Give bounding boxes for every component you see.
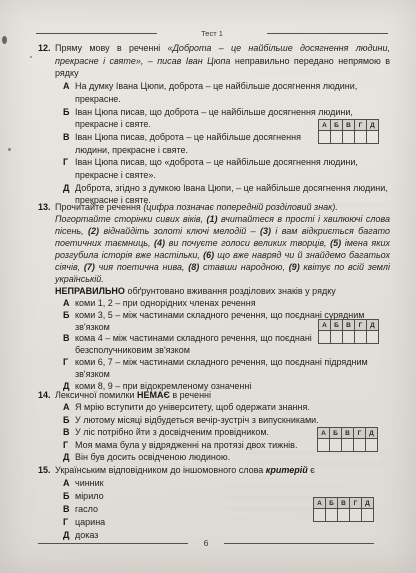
grid-letter: Г xyxy=(354,428,366,439)
option-a: АЯ мрію вступити до університету, щоб од… xyxy=(63,401,390,413)
option-a: Ачинник xyxy=(63,477,390,490)
grid-cell-empty xyxy=(366,439,378,452)
grid-letter: В xyxy=(342,428,354,439)
grid-letter: Д xyxy=(367,120,379,131)
question-number: 13. xyxy=(38,202,55,393)
option-g: ГІван Цюпа писав, що «доброта – це найбі… xyxy=(63,156,390,181)
grid-cell-empty xyxy=(326,509,338,522)
grid-letter: А xyxy=(319,120,331,131)
grid-letter: А xyxy=(319,320,331,331)
grid-cell-empty xyxy=(319,331,331,344)
grid-letter: В xyxy=(338,498,350,509)
grid-letter: А xyxy=(318,428,330,439)
grid-letter: Д xyxy=(362,498,374,509)
option-text: Моя мама була у відрядженні на протязі д… xyxy=(75,439,297,451)
option-a: АНа думку Івана Цюпи, доброта – це найбі… xyxy=(63,80,390,105)
option-letter: Б xyxy=(63,106,75,131)
question-stem: Лексичної помилки НЕМАЄ в реченні xyxy=(55,389,390,401)
grid-letter: Б xyxy=(330,428,342,439)
option-text: Він був досить освідченою людиною. xyxy=(75,451,390,463)
grid-cell-empty xyxy=(362,509,374,522)
answer-grid-q15: А Б В Г Д xyxy=(313,497,374,522)
grid-cell-empty xyxy=(350,509,362,522)
option-letter: А xyxy=(63,298,75,310)
question-stem: Українським відповідником до іншомовного… xyxy=(55,464,390,477)
stem-bold: НЕМАЄ xyxy=(137,390,170,400)
page-header: Тест 1 xyxy=(36,29,388,38)
option-letter: А xyxy=(63,401,75,413)
stem-text: Прочитайте речення xyxy=(55,202,143,212)
option-text: кома 4 – між частинами складного речення… xyxy=(75,333,316,357)
book-page: Тест 1 12. Пряму мову в реченні «Доброта… xyxy=(0,0,416,573)
grid-letter: Г xyxy=(350,498,362,509)
option-letter: В xyxy=(63,426,75,438)
grid-letter: Г xyxy=(355,320,367,331)
footer-page-number: 6 xyxy=(188,538,225,548)
stem-text: є xyxy=(308,465,315,475)
option-letter: Г xyxy=(63,156,75,181)
option-letter: А xyxy=(63,477,75,490)
option-letter: Б xyxy=(63,490,75,503)
option-letter: В xyxy=(63,503,75,516)
photo-speck xyxy=(30,56,32,58)
option-text: чинник xyxy=(75,477,390,490)
stem-bold-italic: критерій xyxy=(266,465,308,475)
option-d: ДВін був досить освідченою людиною. xyxy=(63,451,390,463)
option-letter: Г xyxy=(63,439,75,451)
option-text: Іван Цюпа писав, доброта – це найбільше … xyxy=(75,131,316,156)
option-letter: В xyxy=(63,131,75,156)
option-b: БУ лютому місяці відбудеться вечір-зустр… xyxy=(63,414,390,426)
grid-letter: В xyxy=(343,320,355,331)
header-rule-left xyxy=(36,33,157,34)
question-number: 12. xyxy=(38,42,55,207)
question-number: 14. xyxy=(38,389,55,463)
grid-cell-empty xyxy=(338,509,350,522)
grid-cell-empty xyxy=(343,131,355,144)
option-letter: Б xyxy=(63,414,75,426)
option-letter: Г xyxy=(63,357,75,381)
grid-cell-empty xyxy=(355,331,367,344)
header-title: Тест 1 xyxy=(157,29,267,38)
grid-letter: Б xyxy=(326,498,338,509)
stem-text: в реченні xyxy=(170,390,211,400)
stem-text: Українським відповідником до іншомовного… xyxy=(55,465,266,475)
grid-letter: Д xyxy=(367,320,379,331)
question-stem: Пряму мову в реченні «Доброта – це найбі… xyxy=(55,42,390,80)
option-letter: Г xyxy=(63,516,75,529)
grid-cell-empty xyxy=(330,439,342,452)
option-text: коми 1, 2 – при однорідних членах реченн… xyxy=(75,298,390,310)
option-a: Акоми 1, 2 – при однорідних членах речен… xyxy=(63,298,390,310)
question-number: 15. xyxy=(38,464,55,541)
footer-rule-right xyxy=(224,543,374,544)
grid-cell-empty xyxy=(331,331,343,344)
grid-letter: Г xyxy=(355,120,367,131)
grid-cell-empty xyxy=(367,131,379,144)
option-text: На думку Івана Цюпи, доброта – це найбіл… xyxy=(75,80,390,105)
options-list: Акоми 1, 2 – при однорідних членах речен… xyxy=(55,298,390,394)
stem-note-italic: (цифра позначає попередній розділовий зн… xyxy=(143,202,338,212)
photo-speck xyxy=(8,148,11,151)
grid-cell-empty xyxy=(331,131,343,144)
grid-letter: В xyxy=(343,120,355,131)
header-rule-right xyxy=(267,33,388,34)
option-g: Гкоми 6, 7 – між частинами складного реч… xyxy=(63,357,390,381)
question-stem: Прочитайте речення (цифра позначає попер… xyxy=(55,202,390,214)
stem-text: Лексичної помилки xyxy=(55,390,137,400)
grid-cell-empty xyxy=(342,439,354,452)
grid-cell-empty xyxy=(319,131,331,144)
question-passage: Погортайте сторінки сивих віків, (1) вчи… xyxy=(55,214,390,286)
option-letter: В xyxy=(63,333,75,357)
instruction-bold: НЕПРАВИЛЬНО xyxy=(55,286,125,296)
grid-letter: А xyxy=(314,498,326,509)
grid-cell-empty xyxy=(354,439,366,452)
grid-letter: Б xyxy=(331,120,343,131)
answer-grid-q12: А Б В Г Д xyxy=(318,119,379,144)
grid-cell-empty xyxy=(343,331,355,344)
option-text: У ліс потрібно йти з досвідченим провідн… xyxy=(75,426,269,438)
option-letter: Б xyxy=(63,310,75,334)
question-instruction: НЕПРАВИЛЬНО обґрунтовано вживання розділ… xyxy=(55,286,390,298)
option-text: Іван Цюпа писав, що «доброта – це найбіл… xyxy=(75,156,390,181)
instruction-text: обґрунтовано вживання розділових знаків … xyxy=(125,286,336,296)
grid-letter: Д xyxy=(366,428,378,439)
grid-cell-empty xyxy=(314,509,326,522)
answer-grid-q13: А Б В Г Д xyxy=(318,319,379,344)
grid-cell-empty xyxy=(367,331,379,344)
stem-text: Пряму мову в реченні xyxy=(55,43,168,53)
footer-rule-left xyxy=(38,543,188,544)
question-13: 13. Прочитайте речення (цифра позначає п… xyxy=(38,202,390,393)
option-text: У лютому місяці відбудеться вечір-зустрі… xyxy=(75,414,390,426)
photo-speck xyxy=(2,36,7,44)
answer-grid-q14: А Б В Г Д xyxy=(317,427,378,452)
grid-cell-empty xyxy=(318,439,330,452)
option-letter: А xyxy=(63,80,75,105)
option-text: коми 6, 7 – між частинами складного рече… xyxy=(75,357,390,381)
option-letter: Д xyxy=(63,451,75,463)
option-text: Я мрію вступити до університету, щоб оде… xyxy=(75,401,390,413)
grid-letter: Б xyxy=(331,320,343,331)
grid-cell-empty xyxy=(355,131,367,144)
page-footer: 6 xyxy=(38,538,374,548)
